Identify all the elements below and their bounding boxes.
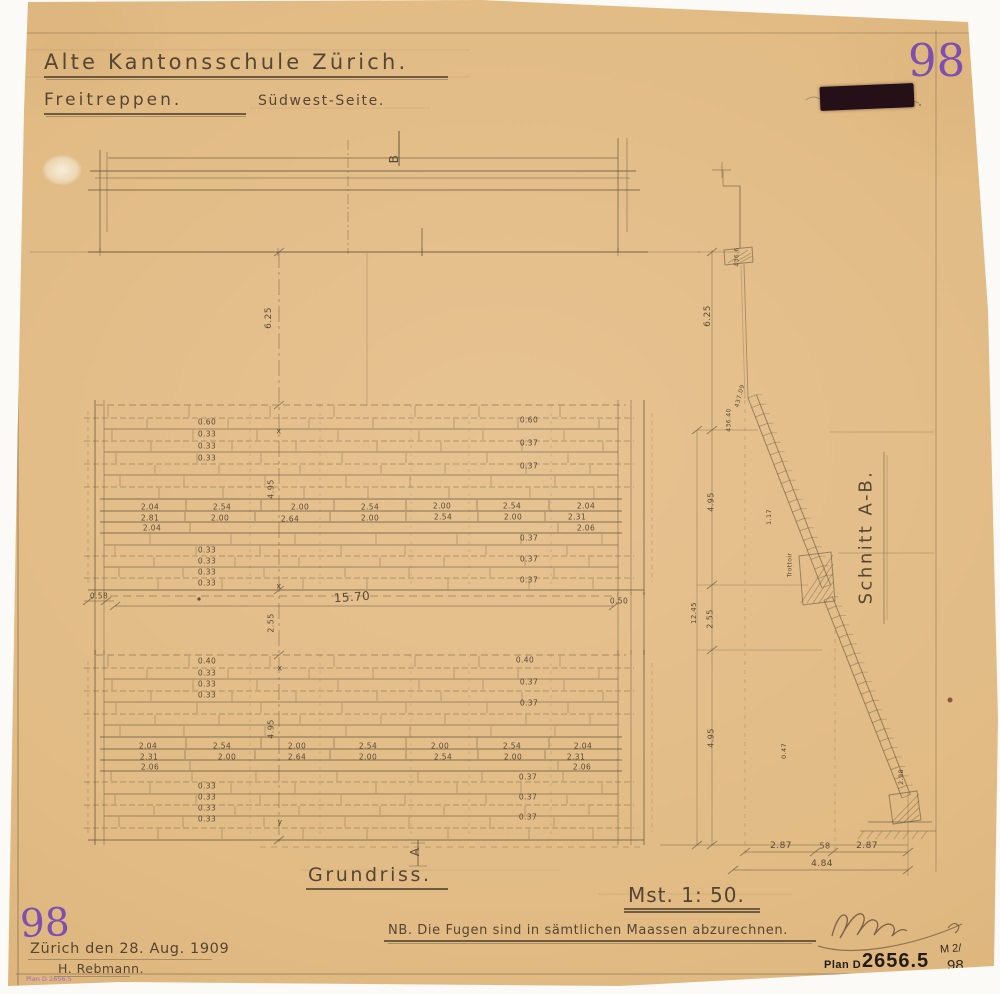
dim-label: 0.50 — [610, 597, 628, 606]
dim-label: 2.81 — [141, 514, 159, 523]
dim-label: 2.31 — [567, 753, 585, 762]
redaction-mark — [820, 83, 915, 111]
scale-label: Mst. 1: 50. — [628, 883, 745, 907]
dim-label: x — [276, 427, 281, 436]
underline-rule — [46, 79, 448, 80]
dim-label: 2.00 — [433, 502, 451, 511]
dim-label: 0.37 — [519, 793, 537, 802]
dim-label: 2.54 — [434, 753, 452, 762]
dim-label: 2.04 — [574, 742, 592, 751]
dim-label: 2.31 — [568, 513, 586, 522]
dim-label: 0.37 — [520, 439, 538, 448]
dim-label: 0.60 — [520, 416, 538, 425]
dim-label: 0.37 — [519, 813, 537, 822]
dim-label: 2.00 — [211, 514, 229, 523]
dim-label: 2.06 — [573, 763, 591, 772]
plan-number-prefix: Plan D — [824, 959, 861, 971]
dim-label: 2.00 — [504, 753, 522, 762]
underline-rule — [28, 959, 212, 960]
dim-label: 0.33 — [198, 680, 216, 689]
dim-label: 0.37 — [520, 576, 538, 585]
dim-label: 2.00 — [218, 753, 236, 762]
dim-label: 4.95 — [267, 479, 276, 498]
dim-label: 6.25 — [264, 307, 274, 329]
page-title: Alte Kantonsschule Zürich. — [44, 50, 408, 74]
dim-label: 0.33 — [198, 557, 216, 566]
dim-label: 2.54 — [213, 503, 231, 512]
dim-label: 0.37 — [520, 678, 538, 687]
page-subtitle: Freitreppen. — [44, 90, 182, 110]
dim-label: 2.00 — [361, 514, 379, 523]
dim-label: 0.37 — [520, 699, 538, 708]
small-archive-stamp: Plan D 2656.5 — [26, 975, 72, 983]
underline-rule — [306, 888, 448, 890]
dim-label: 0.37 — [520, 534, 538, 543]
corner-mark: M 2/ — [940, 942, 962, 955]
dim-label: x — [277, 664, 282, 673]
dim-label: 2.54 — [213, 742, 231, 751]
dim-label: 2.98 — [897, 769, 905, 785]
dim-label: 2.64 — [288, 753, 306, 762]
dim-label: 2.55 — [267, 613, 276, 632]
dim-label: 2.00 — [504, 513, 522, 522]
dim-label: 58 — [820, 842, 831, 851]
dim-label: 2.00 — [291, 503, 309, 512]
dim-label: 12.45 — [690, 602, 698, 624]
dim-label: 2.31 — [140, 753, 158, 762]
dim-label: 0.33 — [198, 579, 216, 588]
section-view-label: Schnitt A-B. — [856, 470, 877, 605]
dim-label: 0.33 — [198, 430, 216, 439]
dim-label: 0.33 — [198, 691, 216, 700]
dim-label: 0.37 — [520, 555, 538, 564]
archive-number-top: 98 — [908, 34, 965, 87]
dim-label: 15.70 — [333, 589, 370, 606]
dim-label: 0.37 — [519, 773, 537, 782]
drawing-sheet: 0.600.330.330.330.600.370.372.042.542.00… — [0, 0, 1000, 994]
dim-label: 2.04 — [143, 524, 161, 533]
dim-label: 0.58 — [90, 592, 108, 601]
dim-label: 2.04 — [139, 742, 157, 751]
underline-rule — [624, 911, 760, 913]
dim-label: 4.95 — [707, 728, 716, 747]
dim-label: 2.06 — [141, 763, 159, 772]
dim-label: 2.04 — [577, 502, 595, 511]
draftsman-name: H. Rebmann. — [58, 961, 144, 976]
dim-label: 2.54 — [503, 742, 521, 751]
corner-mark-number: 98 — [947, 957, 964, 974]
dim-label: 2.54 — [361, 503, 379, 512]
underline-rule — [44, 113, 246, 115]
dim-label: 1.17 — [765, 509, 773, 525]
dim-label: 437.09 — [734, 384, 747, 408]
dim-label: 0.33 — [198, 546, 216, 555]
plan-number: 2656.5 — [862, 950, 929, 973]
dim-label: 2.54 — [359, 742, 377, 751]
dim-label: 6.25 — [703, 305, 713, 327]
dim-label: 0.33 — [198, 442, 216, 451]
dim-label: 4.95 — [707, 492, 716, 511]
dim-label: 0.33 — [198, 804, 216, 813]
underline-rule — [44, 76, 448, 78]
dim-label: 2.54 — [503, 502, 521, 511]
dim-label: 4.95 — [267, 719, 276, 738]
place-date: Zürich den 28. Aug. 1909 — [30, 941, 229, 957]
archive-number-bottom: 98 — [19, 900, 70, 947]
dim-label: A — [408, 848, 422, 857]
dimension-labels: 0.600.330.330.330.600.370.372.042.542.00… — [0, 0, 1000, 994]
dim-label: 436.6 — [734, 247, 741, 266]
dim-label: 0.33 — [198, 793, 216, 802]
dim-label: 2.00 — [431, 742, 449, 751]
dim-label: 0.33 — [198, 568, 216, 577]
dim-label: 0.37 — [520, 462, 538, 471]
dim-label: Trottoir — [787, 553, 794, 578]
dim-label: y — [277, 818, 282, 827]
dim-label: 2.87 — [856, 841, 878, 851]
dim-label: 2.04 — [141, 503, 159, 512]
underline-rule — [384, 940, 816, 942]
dim-label: 0.47 — [780, 743, 788, 759]
dim-label: 2.87 — [770, 841, 792, 851]
dim-label: 2.64 — [281, 515, 299, 524]
dim-label: 0.60 — [198, 418, 216, 427]
dim-label: 2.00 — [359, 753, 377, 762]
dim-label: 0.33 — [198, 815, 216, 824]
dim-label: 0.40 — [516, 656, 534, 665]
dim-label: 2.06 — [577, 524, 595, 533]
dim-label: 0.33 — [198, 669, 216, 678]
dim-label: 436.40 — [726, 408, 733, 431]
note-text: NB. Die Fugen sind in sämtlichen Maassen… — [388, 923, 788, 938]
underline-rule — [46, 116, 246, 117]
dim-label: B — [387, 155, 401, 164]
dim-label: 2.55 — [706, 609, 715, 628]
dim-label: 0.33 — [198, 782, 216, 791]
page-subtitle-side: Südwest-Seite. — [258, 93, 385, 109]
dim-label: 2.54 — [434, 513, 452, 522]
dim-label: x — [276, 582, 281, 591]
dim-label: 4.84 — [811, 859, 833, 869]
dim-label: 0.33 — [198, 454, 216, 463]
dim-label: 0.40 — [198, 657, 216, 666]
plan-view-label: Grundriss. — [308, 864, 432, 886]
underline-rule — [388, 943, 812, 944]
underline-rule — [624, 908, 760, 910]
dim-label: 2.00 — [288, 742, 306, 751]
